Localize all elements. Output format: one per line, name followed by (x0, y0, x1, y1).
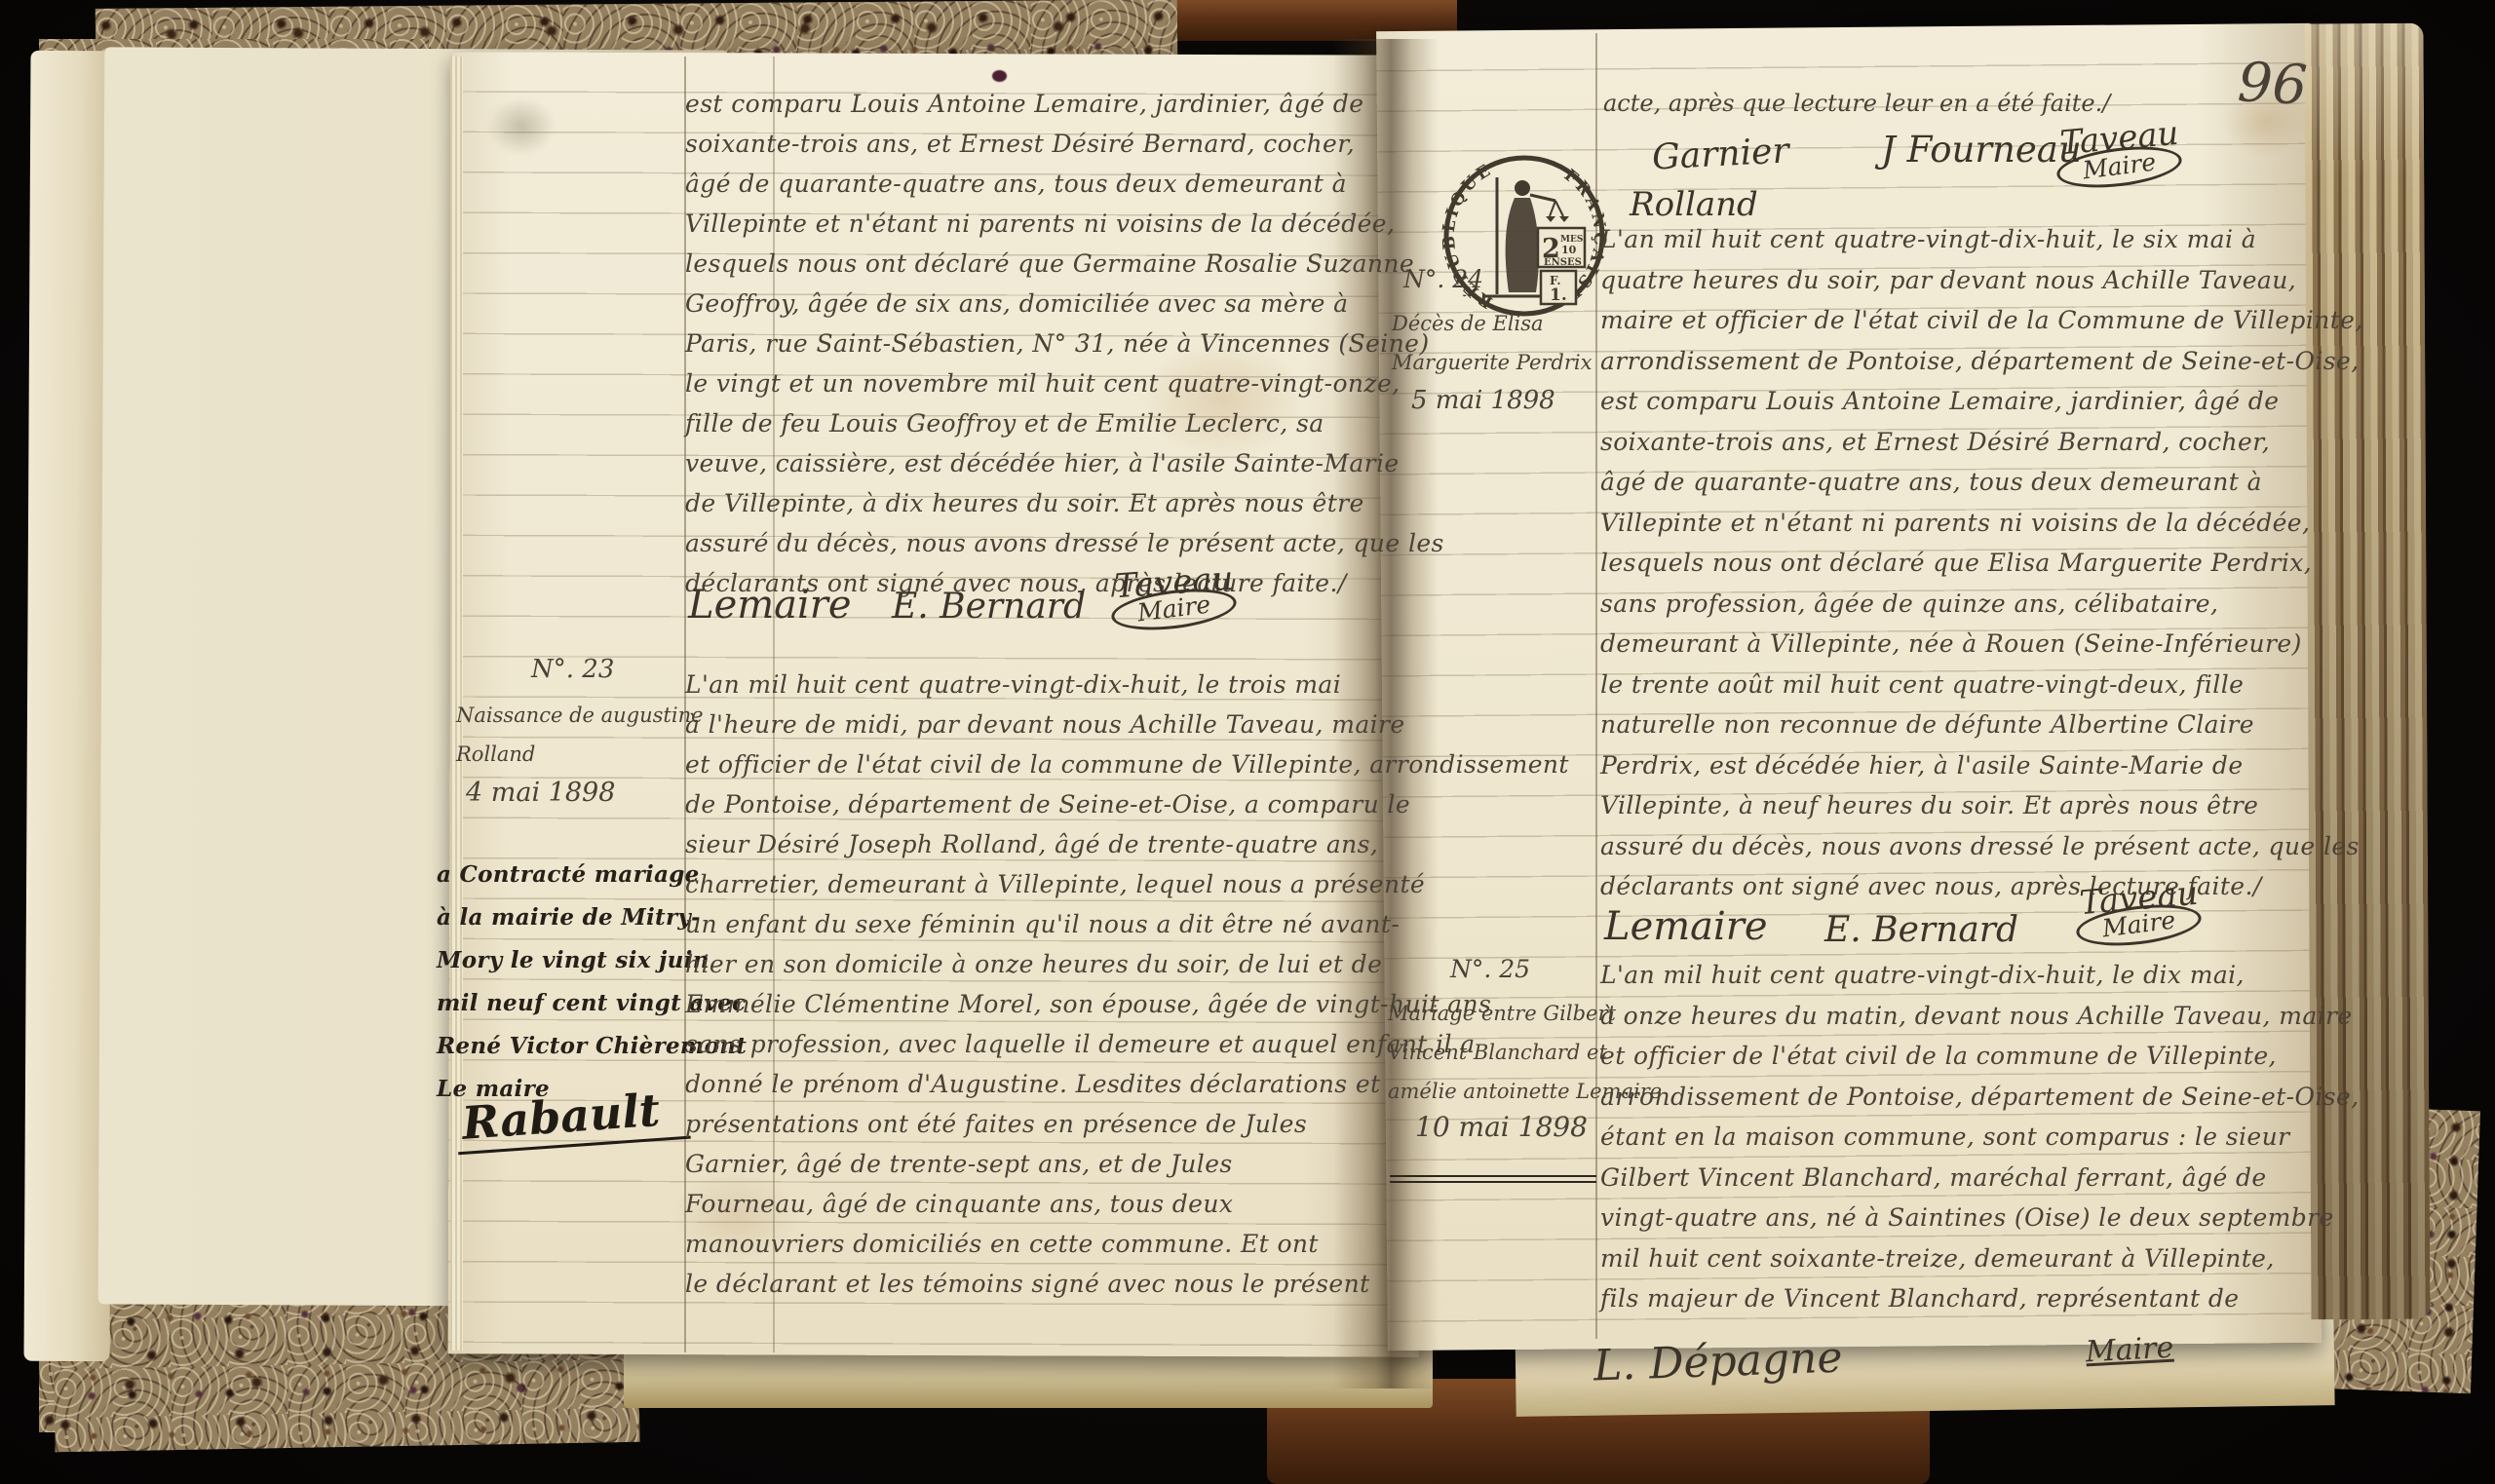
act-24-margin-title: Décès de ElisaMarguerite Perdrix (1392, 304, 1596, 382)
svg-text:ENSES: ENSES (1544, 257, 1582, 268)
signature-rolland: Rolland (1630, 185, 1758, 224)
act-25-margin-number: N°. 25 (1450, 955, 1530, 983)
fore-edge-page-stack (2305, 23, 2431, 1320)
handwritten-line: lesquels nous ont déclaré que Elisa Marg… (1600, 543, 2306, 584)
margin-closing-rule (1390, 1175, 1596, 1183)
handwritten-line: Villepinte et n'étant ni parents ni vois… (1600, 503, 2306, 544)
handwritten-line: Villepinte et n'étant ni parents ni vois… (685, 204, 1418, 244)
handwritten-line: fille de feu Louis Geoffroy et de Emilie… (685, 403, 1418, 443)
handwritten-line: à la mairie de Mitry- (437, 896, 710, 939)
handwritten-line: Rolland (456, 735, 690, 774)
act-24-margin-number: N°. 24 (1403, 265, 1483, 293)
marriage-annotation: a Contracté mariageà la mairie de Mitry-… (437, 854, 710, 1111)
register-photo: est comparu Louis Antoine Lemaire, jardi… (0, 0, 2495, 1484)
handwritten-line: soixante-trois ans, et Ernest Désiré Ber… (1600, 422, 2306, 463)
handwritten-line: donné le prénom d'Augustine. Lesdites dé… (685, 1064, 1418, 1104)
handwritten-line: Naissance de augustine (456, 696, 690, 735)
signature-lemaire: Lemaire (1604, 904, 1768, 949)
handwritten-line: mil neuf cent vingt avec (437, 982, 710, 1025)
handwritten-line: le vingt et un novembre mil huit cent qu… (685, 363, 1418, 403)
svg-text:10: 10 (1561, 244, 1577, 256)
signature-bernard: E. Bernard (892, 587, 1086, 627)
handwritten-line: assuré du décès, nous avons dressé le pr… (685, 523, 1418, 563)
handwritten-line: Geoffroy, âgée de six ans, domiciliée av… (685, 284, 1418, 323)
handwritten-line: Gilbert Vincent Blanchard, maréchal ferr… (1600, 1158, 2306, 1199)
signature-taveau-group: Taveau Maire (2076, 879, 2202, 944)
act-24-margin-date: 5 mai 1898 (1411, 386, 1555, 415)
handwritten-line: sieur Désiré Joseph Rolland, âgé de tren… (685, 824, 1418, 864)
handwritten-line: L'an mil huit cent quatre-vingt-dix-huit… (1600, 955, 2306, 996)
act-23-body-text: L'an mil huit cent quatre-vingt-dix-huit… (685, 665, 1418, 1304)
handwritten-line: arrondissement de Pontoise, département … (1600, 341, 2306, 382)
act-23-margin-date: 4 mai 1898 (466, 778, 615, 808)
handwritten-line: Villepinte, à neuf heures du soir. Et ap… (1600, 785, 2306, 826)
handwritten-line: un enfant du sexe féminin qu'il nous a d… (685, 904, 1418, 944)
handwritten-line: Mory le vingt six juin (437, 939, 710, 982)
act-23-closing-line: acte, après que lecture leur en a été fa… (1603, 90, 2110, 117)
handwritten-line: demeurant à Villepinte, née à Rouen (Sei… (1600, 624, 2306, 665)
signature-lemaire: Lemaire (688, 583, 852, 628)
handwritten-line: L'an mil huit cent quatre-vingt-dix-huit… (1600, 219, 2306, 260)
act-25-body-text: L'an mil huit cent quatre-vingt-dix-huit… (1600, 955, 2306, 1319)
act-22-body-text: est comparu Louis Antoine Lemaire, jardi… (685, 84, 1418, 603)
handwritten-line: Perdrix, est décédée hier, à l'asile Sai… (1600, 745, 2306, 786)
handwritten-line: le trente août mil huit cent quatre-ving… (1600, 665, 2306, 705)
handwritten-line: charretier, demeurant à Villepinte, lequ… (685, 864, 1418, 904)
handwritten-line: mil huit cent soixante-treize, demeurant… (1600, 1238, 2306, 1279)
act-25-margin-date: 10 mai 1898 (1415, 1111, 1588, 1143)
handwritten-line: veuve, caissière, est décédée hier, à l'… (685, 443, 1418, 483)
signature-taveau-group: Taveau Maire (1111, 563, 1237, 628)
handwritten-line: Vincent Blanchard et (1388, 1033, 1597, 1072)
handwritten-line: à onze heures du matin, devant nous Achi… (1600, 996, 2306, 1037)
handwritten-line: manouvriers domiciliés en cette commune.… (685, 1224, 1418, 1264)
signature-bernard: E. Bernard (1824, 910, 2018, 950)
handwritten-line: âgé de quarante-quatre ans, tous deux de… (685, 164, 1418, 204)
signature-garnier: Garnier (1651, 131, 1790, 177)
handwritten-line: Garnier, âgé de trente-sept ans, et de J… (685, 1144, 1418, 1184)
handwritten-line: Fourneau, âgé de cinquante ans, tous deu… (685, 1184, 1418, 1224)
handwritten-line: naturelle non reconnue de défunte Albert… (1600, 704, 2306, 745)
handwritten-line: le déclarant et les témoins signé avec n… (685, 1264, 1418, 1304)
handwritten-line: Paris, rue Saint-Sébastien, N° 31, née à… (685, 323, 1418, 363)
act-23-margin-title: Naissance de augustineRolland (456, 696, 690, 774)
handwritten-line: sans profession, âgée de quinze ans, cél… (1600, 584, 2306, 625)
handwritten-line: amélie antoinette Lemaire (1388, 1072, 1597, 1111)
handwritten-line: de Pontoise, département de Seine-et-Ois… (685, 784, 1418, 824)
handwritten-line: et officier de l'état civil de la commun… (685, 744, 1418, 784)
signature-taveau-group: Taveau Maire (2056, 119, 2182, 186)
bottom-edge-maire: Maire (2085, 1331, 2174, 1370)
act-25-margin-title: Mariage entre GilbertVincent Blanchard e… (1388, 994, 1597, 1111)
handwritten-line: est comparu Louis Antoine Lemaire, jardi… (1600, 381, 2306, 422)
handwritten-line: lesquels nous ont déclaré que Germaine R… (685, 244, 1418, 284)
handwritten-line: sans profession, avec laquelle il demeur… (685, 1024, 1418, 1064)
handwritten-line: assuré du décès, nous avons dressé le pr… (1600, 826, 2306, 867)
ink-smudge (487, 97, 556, 156)
bottom-edge-signature: L. Dépagne (1593, 1333, 1843, 1391)
handwritten-line: soixante-trois ans, et Ernest Désiré Ber… (685, 124, 1418, 164)
act-24-body-text: L'an mil huit cent quatre-vingt-dix-huit… (1600, 219, 2306, 907)
act-23-margin-number: N°. 23 (531, 655, 614, 684)
handwritten-line: vingt-quatre ans, né à Saintines (Oise) … (1600, 1198, 2306, 1238)
handwritten-line: est comparu Louis Antoine Lemaire, jardi… (685, 84, 1418, 124)
handwritten-line: Emmélie Clémentine Morel, son épouse, âg… (685, 984, 1418, 1024)
handwritten-line: de Villepinte, à dix heures du soir. Et … (685, 483, 1418, 523)
handwritten-line: et officier de l'état civil de la commun… (1600, 1036, 2306, 1077)
handwritten-line: Mariage entre Gilbert (1388, 994, 1597, 1033)
handwritten-line: a Contracté mariage (437, 854, 710, 896)
svg-text:1.: 1. (1550, 285, 1567, 305)
handwritten-line: arrondissement de Pontoise, département … (1600, 1077, 2306, 1118)
revenue-stamp-icon: RÉPUBLIQUE FRANÇAISE 2 MES 10 ENSES F. 1… (1440, 152, 1608, 320)
handwritten-line: à l'heure de midi, par devant nous Achil… (685, 704, 1418, 744)
handwritten-line: René Victor Chièremont (437, 1025, 710, 1068)
handwritten-line: Marguerite Perdrix (1392, 343, 1596, 382)
handwritten-line: maire et officier de l'état civil de la … (1600, 300, 2306, 341)
handwritten-line: étant en la maison commune, sont comparu… (1600, 1117, 2306, 1158)
handwritten-line: quatre heures du soir, par devant nous A… (1600, 260, 2306, 301)
handwritten-line: hier en son domicile à onze heures du so… (685, 944, 1418, 984)
signature-fourneau: J Fourneau (1881, 129, 2082, 171)
page-number: 96 (2236, 51, 2309, 118)
handwritten-line: fils majeur de Vincent Blanchard, représ… (1600, 1278, 2306, 1319)
handwritten-line: Décès de Elisa (1392, 304, 1596, 343)
handwritten-line: âgé de quarante-quatre ans, tous deux de… (1600, 462, 2306, 503)
ink-blot (992, 70, 1007, 82)
handwritten-line: L'an mil huit cent quatre-vingt-dix-huit… (685, 665, 1418, 704)
handwritten-line: présentations ont été faites en présence… (685, 1104, 1418, 1144)
